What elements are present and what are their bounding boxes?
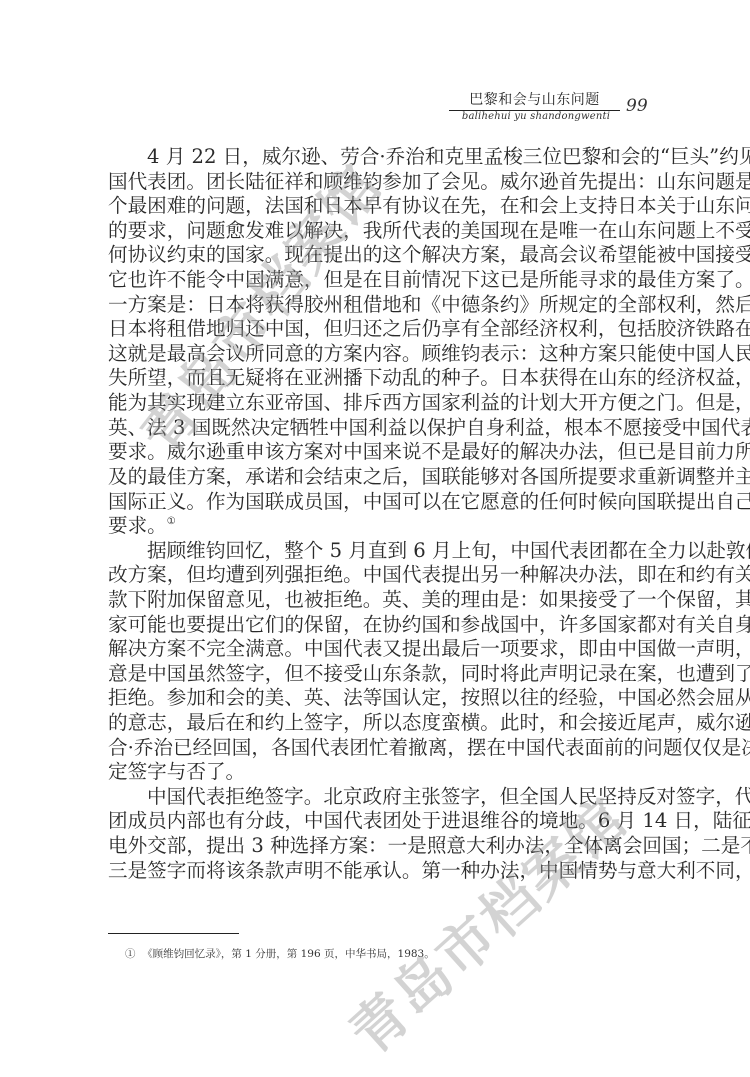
- footnote-reference: ①: [167, 516, 176, 527]
- text-line: 据顾维钧回忆，整个 5 月直到 6 月上旬，中国代表团都在全力以赴敦促修: [108, 539, 654, 564]
- text-line: 能为其实现建立东亚帝国、排斥西方国家利益的计划大开方便之门。但是，美、: [108, 391, 654, 416]
- text-line: 改方案，但均遭到列强拒绝。中国代表提出另一种解决办法，即在和约有关条: [108, 563, 654, 588]
- text-line-content: 家可能也要提出它们的保留，在协约国和参战国中，许多国家都对有关自身的: [108, 613, 654, 638]
- running-header-pinyin: balihehui yu shandongwenti: [452, 111, 620, 122]
- footnote-text: 《顾维钧回忆录》，第 1 分册，第 196 页，中华书局，1983。: [142, 948, 435, 960]
- running-header-title: 巴黎和会与山东问题: [449, 92, 620, 109]
- text-line: 失所望，而且无疑将在亚洲播下动乱的种子。日本获得在山东的经济权益，只: [108, 366, 654, 391]
- text-line-content: 款下附加保留意见，也被拒绝。英、美的理由是：如果接受了一个保留，其他国: [108, 588, 654, 613]
- text-line-content: 意是中国虽然签字，但不接受山东条款，同时将此声明记录在案，也遭到了坚决: [108, 662, 654, 687]
- text-line-content: 电外交部，提出 3 种选择方案：一是照意大利办法，全体离会回国；二是不签字；: [108, 834, 654, 859]
- text-line-content: 4 月 22 日，威尔逊、劳合·乔治和克里孟梭三位巴黎和会的“巨头”约见中: [147, 145, 654, 170]
- body-text: 4 月 22 日，威尔逊、劳合·乔治和克里孟梭三位巴黎和会的“巨头”约见中国代表…: [108, 145, 654, 883]
- text-line-content: 及的最佳方案，承诺和会结束之后，国联能够对各国所提要求重新调整并主持: [108, 465, 654, 490]
- running-header: 巴黎和会与山东问题: [449, 92, 620, 109]
- text-line-content: 据顾维钧回忆，整个 5 月直到 6 月上旬，中国代表团都在全力以赴敦促修: [147, 539, 654, 564]
- text-line-content: 解决方案不完全满意。中国代表又提出最后一项要求，即由中国做一声明，大: [108, 637, 654, 662]
- text-line-content: 它也许不能令中国满意，但是在目前情况下这已是所能寻求的最佳方案了。这: [108, 268, 654, 293]
- text-line: 英、法 3 国既然决定牺牲中国利益以保护自身利益，根本不愿接受中国代表的: [108, 416, 654, 441]
- text-line-content: 个最困难的问题，法国和日本早有协议在先，在和会上支持日本关于山东问题: [108, 194, 654, 219]
- text-line: 电外交部，提出 3 种选择方案：一是照意大利办法，全体离会回国；二是不签字；: [108, 834, 654, 859]
- text-line: 个最困难的问题，法国和日本早有协议在先，在和会上支持日本关于山东问题: [108, 194, 654, 219]
- text-line-content: 定签字与否了。: [108, 760, 245, 783]
- text-line-content: 这就是最高会议所同意的方案内容。顾维钧表示：这种方案只能使中国人民大: [108, 342, 654, 367]
- text-line: 及的最佳方案，承诺和会结束之后，国联能够对各国所提要求重新调整并主持: [108, 465, 654, 490]
- text-line-content: 英、法 3 国既然决定牺牲中国利益以保护自身利益，根本不愿接受中国代表的: [108, 416, 654, 441]
- text-line: 意是中国虽然签字，但不接受山东条款，同时将此声明记录在案，也遭到了坚决: [108, 662, 654, 687]
- text-line: 要求。①: [108, 514, 654, 539]
- text-line-content: 中国代表拒绝签字。北京政府主张签字，但全国人民坚持反对签字，代表: [147, 785, 654, 810]
- text-line: 家可能也要提出它们的保留，在协约国和参战国中，许多国家都对有关自身的: [108, 613, 654, 638]
- text-line-content: 国代表团。团长陆征祥和顾维钧参加了会见。威尔逊首先提出：山东问题是一: [108, 170, 654, 195]
- text-line-content: 改方案，但均遭到列强拒绝。中国代表提出另一种解决办法，即在和约有关条: [108, 563, 654, 588]
- footnote-rule: [108, 933, 239, 934]
- text-line: 中国代表拒绝签字。北京政府主张签字，但全国人民坚持反对签字，代表: [108, 785, 654, 810]
- text-line: 日本将租借地归还中国，但归还之后仍享有全部经济权利，包括胶济铁路在内。: [108, 317, 654, 342]
- text-line: 这就是最高会议所同意的方案内容。顾维钧表示：这种方案只能使中国人民大: [108, 342, 654, 367]
- footnote-marker: ①: [125, 948, 136, 960]
- text-line-content: 合·乔治已经回国，各国代表团忙着撤离，摆在中国代表面前的问题仅仅是决: [108, 736, 654, 761]
- text-line: 何协议约束的国家。现在提出的这个解决方案，最高会议希望能被中国接受，: [108, 243, 654, 268]
- text-line-content: 日本将租借地归还中国，但归还之后仍享有全部经济权利，包括胶济铁路在内。: [108, 317, 654, 342]
- text-line: 解决方案不完全满意。中国代表又提出最后一项要求，即由中国做一声明，大: [108, 637, 654, 662]
- text-line: 的意志，最后在和约上签字，所以态度蛮横。此时，和会接近尾声，威尔逊、劳: [108, 711, 654, 736]
- text-line-content: 国际正义。作为国联成员国，中国可以在它愿意的任何时候向国联提出自己的: [108, 490, 654, 515]
- text-line-content: 要求。威尔逊重申该方案对中国来说不是最好的解决办法，但已是目前力所能: [108, 440, 654, 465]
- text-line: 的要求，问题愈发难以解决，我所代表的美国现在是唯一在山东问题上不受任: [108, 219, 654, 244]
- text-line-content: 三是签字而将该条款声明不能承认。第一种办法，中国情势与意大利不同，很: [108, 859, 654, 884]
- text-line: 它也许不能令中国满意，但是在目前情况下这已是所能寻求的最佳方案了。这: [108, 268, 654, 293]
- text-line-content: 失所望，而且无疑将在亚洲播下动乱的种子。日本获得在山东的经济权益，只: [108, 366, 654, 391]
- text-line: 定签字与否了。: [108, 760, 654, 785]
- text-line-content: 的意志，最后在和约上签字，所以态度蛮横。此时，和会接近尾声，威尔逊、劳: [108, 711, 654, 736]
- text-line: 团成员内部也有分歧，中国代表团处于进退维谷的境地。6 月 14 日，陆征祥致: [108, 809, 654, 834]
- page-number: 99: [626, 96, 648, 116]
- text-line: 合·乔治已经回国，各国代表团忙着撤离，摆在中国代表面前的问题仅仅是决: [108, 736, 654, 761]
- text-line-content: 团成员内部也有分歧，中国代表团处于进退维谷的境地。6 月 14 日，陆征祥致: [108, 809, 654, 834]
- text-line: 要求。威尔逊重申该方案对中国来说不是最好的解决办法，但已是目前力所能: [108, 440, 654, 465]
- text-line: 三是签字而将该条款声明不能承认。第一种办法，中国情势与意大利不同，很: [108, 859, 654, 884]
- text-line: 款下附加保留意见，也被拒绝。英、美的理由是：如果接受了一个保留，其他国: [108, 588, 654, 613]
- text-line-content: 一方案是：日本将获得胶州租借地和《中德条约》所规定的全部权利，然后再由: [108, 293, 654, 318]
- text-line: 一方案是：日本将获得胶州租借地和《中德条约》所规定的全部权利，然后再由: [108, 293, 654, 318]
- text-line-content: 要求。: [108, 514, 167, 537]
- text-line: 国代表团。团长陆征祥和顾维钧参加了会见。威尔逊首先提出：山东问题是一: [108, 170, 654, 195]
- text-line-content: 何协议约束的国家。现在提出的这个解决方案，最高会议希望能被中国接受，: [108, 243, 654, 268]
- text-line-content: 的要求，问题愈发难以解决，我所代表的美国现在是唯一在山东问题上不受任: [108, 219, 654, 244]
- text-line: 国际正义。作为国联成员国，中国可以在它愿意的任何时候向国联提出自己的: [108, 490, 654, 515]
- text-line: 拒绝。参加和会的美、英、法等国认定，按照以往的经验，中国必然会屈从它们: [108, 686, 654, 711]
- footnote: ① 《顾维钧回忆录》，第 1 分册，第 196 页，中华书局，1983。: [125, 946, 435, 961]
- text-line-content: 拒绝。参加和会的美、英、法等国认定，按照以往的经验，中国必然会屈从它们: [108, 686, 654, 711]
- text-line-content: 能为其实现建立东亚帝国、排斥西方国家利益的计划大开方便之门。但是，美、: [108, 391, 654, 416]
- text-line: 4 月 22 日，威尔逊、劳合·乔治和克里孟梭三位巴黎和会的“巨头”约见中: [108, 145, 654, 170]
